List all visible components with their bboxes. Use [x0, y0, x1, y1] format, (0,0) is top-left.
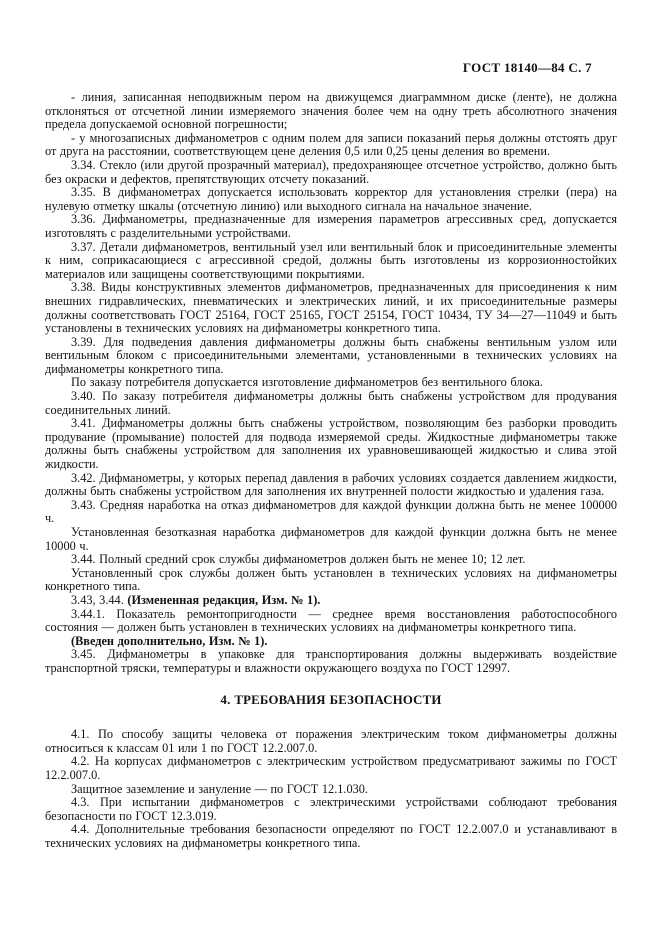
paragraph: 3.44.1. Показатель ремонтопригодности — … — [45, 608, 617, 635]
paragraph: 4.2. На корпусах дифманометров с электри… — [45, 755, 617, 782]
document-body: - линия, записанная неподвижным пером на… — [45, 91, 617, 850]
paragraph: 3.37. Детали дифманометров, вентильный у… — [45, 241, 617, 282]
paragraph: 3.45. Дифманометры в упаковке для трансп… — [45, 648, 617, 675]
paragraph-bold-text: (Измененная редакция, Изм. № 1). — [127, 593, 320, 607]
paragraph: По заказу потребителя допускается изгото… — [45, 376, 617, 390]
paragraph: 3.34. Стекло (или другой прозрачный мате… — [45, 159, 617, 186]
paragraph: 3.36. Дифманометры, предназначенные для … — [45, 213, 617, 240]
section-heading: 4. ТРЕБОВАНИЯ БЕЗОПАСНОСТИ — [45, 694, 617, 708]
paragraph: (Введен дополнительно, Изм. № 1). — [45, 635, 617, 649]
paragraph-text: 3.43, 3.44. — [71, 593, 127, 607]
paragraph: Установленный срок службы должен быть ус… — [45, 567, 617, 594]
paragraph: - у многозаписных дифманометров с одним … — [45, 132, 617, 159]
paragraph: 3.35. В дифманометрах допускается исполь… — [45, 186, 617, 213]
paragraph: 3.43. Средняя наработка на отказ дифмано… — [45, 499, 617, 526]
paragraph: 4.4. Дополнительные требования безопасно… — [45, 823, 617, 850]
paragraph: 3.43, 3.44. (Измененная редакция, Изм. №… — [45, 594, 617, 608]
paragraph: Установленная безотказная наработка дифм… — [45, 526, 617, 553]
document-page: ГОСТ 18140—84 С. 7 - линия, записанная н… — [0, 0, 661, 936]
paragraph: 3.39. Для подведения давления дифманомет… — [45, 336, 617, 377]
page-header: ГОСТ 18140—84 С. 7 — [0, 60, 592, 76]
paragraph: 3.44. Полный средний срок службы дифмано… — [45, 553, 617, 567]
paragraph: 3.42. Дифманометры, у которых перепад да… — [45, 472, 617, 499]
paragraph: 4.3. При испытании дифманометров с элект… — [45, 796, 617, 823]
paragraph: 3.41. Дифманометры должны быть снабжены … — [45, 417, 617, 471]
paragraph: 3.38. Виды конструктивных элементов дифм… — [45, 281, 617, 335]
paragraph: 4.1. По способу защиты человека от пораж… — [45, 728, 617, 755]
paragraph: - линия, записанная неподвижным пером на… — [45, 91, 617, 132]
paragraph: Защитное заземление и зануление — по ГОС… — [45, 783, 617, 797]
paragraph: 3.40. По заказу потребителя дифманометры… — [45, 390, 617, 417]
